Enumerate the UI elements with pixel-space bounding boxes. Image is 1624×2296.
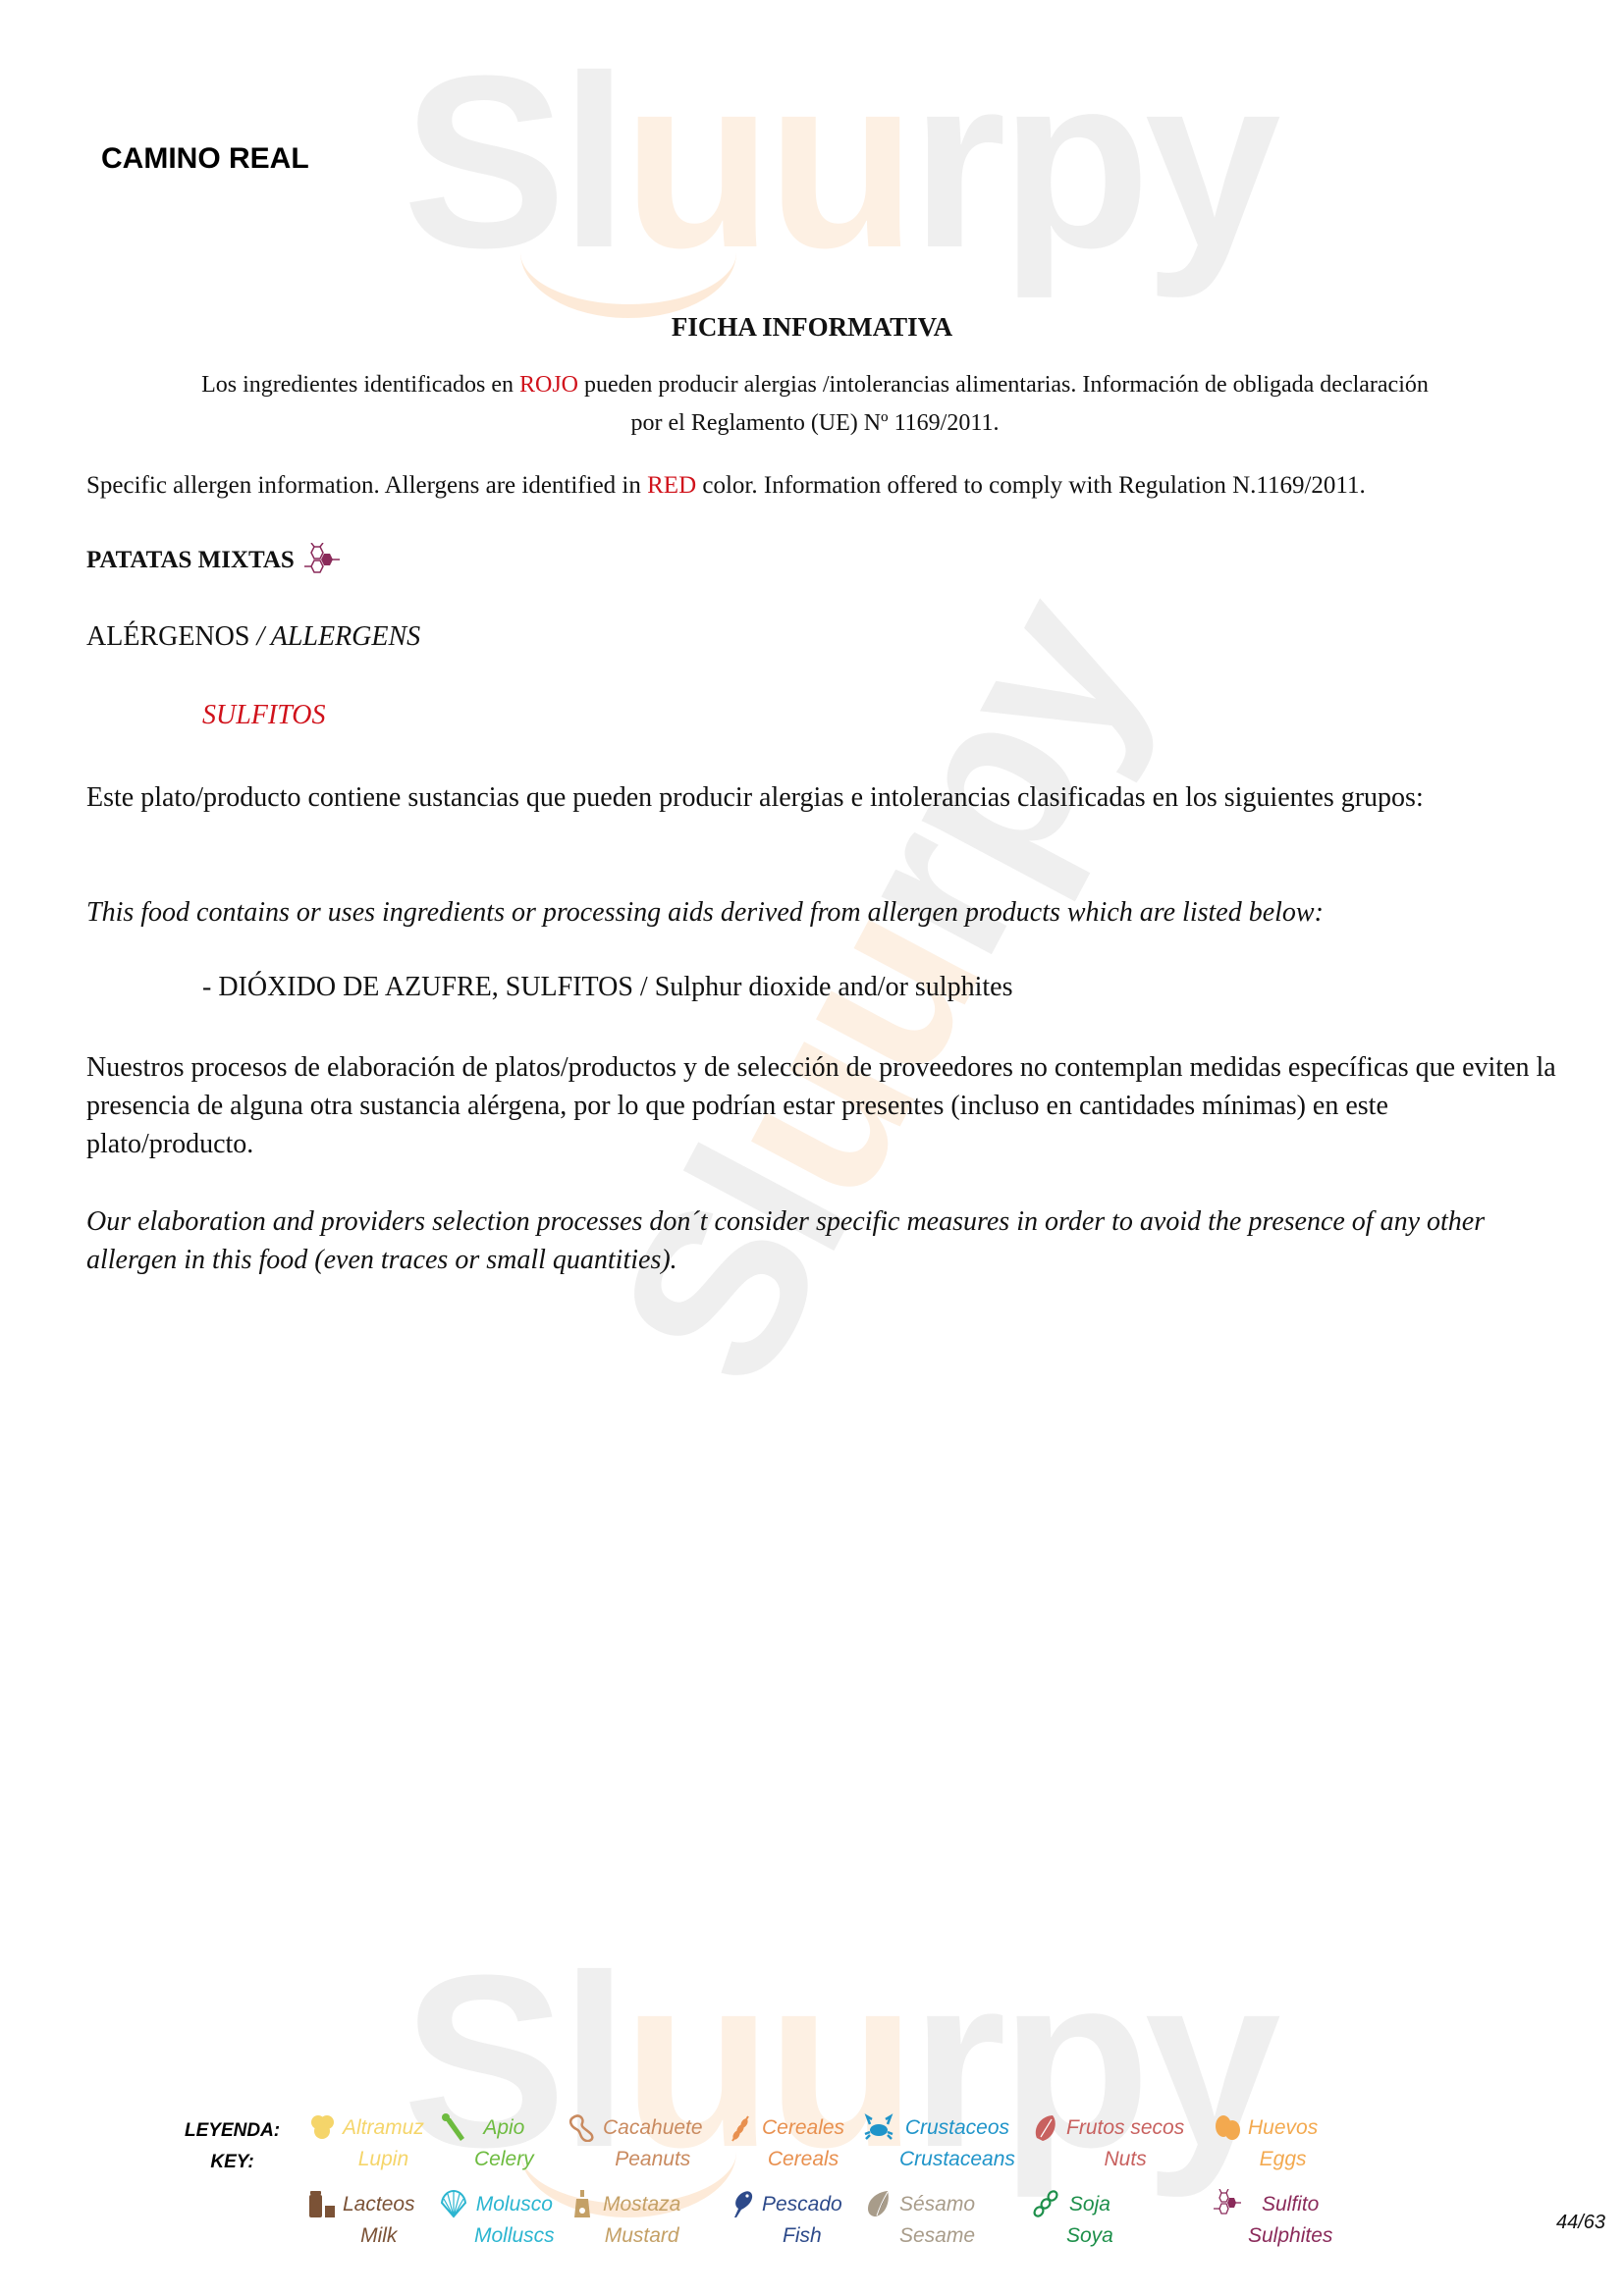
disclaimer-en: Our elaboration and providers selection … — [86, 1202, 1559, 1279]
legend-es: Crustaceos — [905, 2112, 1009, 2144]
legend-item-celery: ApioCelery — [439, 2112, 534, 2175]
legend-en: Cereals — [768, 2144, 839, 2175]
legend-es: Sésamo — [899, 2189, 975, 2220]
crab-icon — [864, 2112, 893, 2142]
intro-en: Specific allergen information. Allergens… — [86, 466, 1540, 505]
dish-heading: PATATAS MIXTAS — [86, 543, 342, 578]
nut-icon — [1031, 2112, 1060, 2142]
legend-en: Soya — [1066, 2220, 1113, 2252]
document-title: FICHA INFORMATIVA — [0, 312, 1624, 343]
intro-en-text: Specific allergen information. Allergens… — [86, 472, 647, 499]
intro-en-text-cont: color. Information offered to comply wit… — [696, 472, 1366, 499]
milk-icon — [307, 2189, 337, 2218]
legend-en: Mustard — [605, 2220, 679, 2252]
allergens-heading-es: ALÉRGENOS — [86, 621, 256, 652]
legend-label-en: KEY: — [185, 2147, 280, 2178]
wheat-icon — [727, 2112, 756, 2142]
legend-en: Sesame — [899, 2220, 975, 2252]
contains-en: This food contains or uses ingredients o… — [86, 893, 1540, 932]
legend-label-es: LEYENDA: — [185, 2115, 280, 2147]
legend-en: Eggs — [1260, 2144, 1307, 2175]
legend-es: Cereales — [762, 2112, 844, 2144]
intro-es-text-cont: pueden producir alergias /intolerancias … — [578, 372, 1429, 398]
legend-es: Lacteos — [343, 2189, 415, 2220]
legend-item-lupin: AltramuzLupin — [307, 2112, 424, 2175]
legend-item-molluscs: MoluscoMolluscs — [439, 2189, 555, 2252]
legend-en: Peanuts — [615, 2144, 690, 2175]
allergen-group-item: - DIÓXIDO DE AZUFRE, SULFITOS / Sulphur … — [202, 972, 1012, 1003]
shell-icon — [439, 2189, 468, 2218]
allergens-heading-en: / ALLERGENS — [256, 621, 420, 652]
legend-es: Huevos — [1248, 2112, 1318, 2144]
group-es: - DIÓXIDO DE AZUFRE, SULFITOS / — [202, 972, 655, 1002]
legend-item-eggs: HuevosEggs — [1213, 2112, 1318, 2175]
intro-es-line2: por el Reglamento (UE) Nº 1169/2011. — [631, 410, 1000, 436]
restaurant-name: CAMINO REAL — [101, 142, 309, 176]
legend-en: Sulphites — [1248, 2220, 1332, 2252]
legend-item-soya: SojaSoya — [1031, 2189, 1113, 2252]
red-keyword-en: RED — [647, 472, 696, 499]
legend-en: Celery — [474, 2144, 534, 2175]
sesame-icon — [864, 2189, 893, 2218]
legend-es: Cacahuete — [603, 2112, 703, 2144]
celery-icon — [439, 2112, 468, 2142]
group-en: Sulphur dioxide and/or sulphites — [655, 972, 1013, 1002]
legend-es: Mostaza — [603, 2189, 680, 2220]
legend-item-sulphites: SulfitoSulphites — [1213, 2189, 1332, 2252]
legend-en: Molluscs — [474, 2220, 555, 2252]
mustard-icon — [568, 2189, 597, 2218]
legend-en: Milk — [360, 2220, 397, 2252]
peanut-icon — [568, 2112, 597, 2142]
legend-item-cereals: CerealesCereals — [727, 2112, 844, 2175]
legend-item-milk: LacteosMilk — [307, 2189, 415, 2252]
legend-item-crustaceans: CrustaceosCrustaceans — [864, 2112, 1015, 2175]
legend-item-fish: PescadoFish — [727, 2189, 842, 2252]
sulphite-icon — [1213, 2189, 1242, 2218]
allergens-heading: ALÉRGENOS / ALLERGENS — [86, 621, 420, 653]
legend-es: Frutos secos — [1066, 2112, 1184, 2144]
watermark-top: Sluurpy — [403, 39, 1275, 285]
document-page: Sluurpy Sluurpy Sluurpy CAMINO REAL FICH… — [0, 0, 1624, 2296]
legend-label: LEYENDA: KEY: — [185, 2115, 280, 2178]
legend-en: Crustaceans — [899, 2144, 1015, 2175]
eggs-icon — [1213, 2112, 1242, 2142]
legend-item-nuts: Frutos secosNuts — [1031, 2112, 1184, 2175]
soy-icon — [1031, 2189, 1060, 2218]
legend-es: Sulfito — [1262, 2189, 1319, 2220]
allergen-item: SULFITOS — [202, 700, 326, 731]
legend-en: Nuts — [1105, 2144, 1147, 2175]
red-keyword: ROJO — [519, 372, 578, 398]
fish-icon — [727, 2189, 756, 2218]
lupin-icon — [307, 2112, 337, 2142]
page-number: 44/63 — [1556, 2212, 1605, 2234]
contains-es: Este plato/producto contiene sustancias … — [86, 778, 1540, 817]
legend-es: Altramuz — [343, 2112, 424, 2144]
legend-item-mustard: MostazaMustard — [568, 2189, 680, 2252]
legend-item-sesame: SésamoSesame — [864, 2189, 975, 2252]
legend-en: Lupin — [358, 2144, 408, 2175]
legend-es: Soja — [1069, 2189, 1110, 2220]
intro-es: Los ingredientes identificados en ROJO p… — [79, 366, 1551, 443]
legend-es: Apio — [483, 2112, 524, 2144]
dish-name: PATATAS MIXTAS — [86, 547, 295, 574]
disclaimer-es: Nuestros procesos de elaboración de plat… — [86, 1048, 1559, 1163]
legend-es: Molusco — [476, 2189, 553, 2220]
intro-es-text: Los ingredientes identificados en — [201, 372, 519, 398]
sulphite-molecule-icon — [302, 543, 342, 578]
legend-item-peanuts: CacahuetePeanuts — [568, 2112, 703, 2175]
legend-en: Fish — [783, 2220, 822, 2252]
legend-es: Pescado — [762, 2189, 842, 2220]
